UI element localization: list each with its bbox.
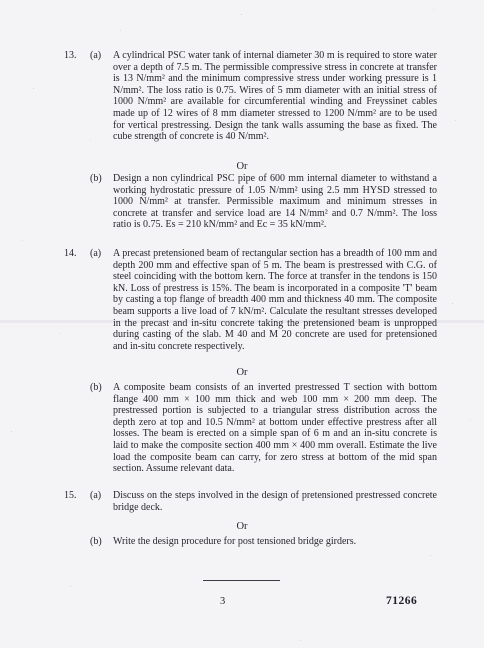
part-label-14b: (b) — [90, 382, 113, 475]
scan-noise-speckles — [0, 0, 1, 1]
question-13b-row: (b) Design a non cylindrical PSC pipe of… — [64, 173, 437, 231]
question-number-spacer — [64, 382, 90, 475]
question-number-spacer — [64, 173, 90, 231]
question-15a-row: 15. (a) Discuss on the steps involved in… — [64, 490, 437, 513]
page-number: 3 — [220, 596, 225, 607]
paper-code: 71266 — [386, 595, 417, 607]
part-text-15a: Discuss on the steps involved in the des… — [113, 490, 437, 513]
question-number-14: 14. — [64, 248, 90, 352]
part-label-14a: (a) — [90, 248, 113, 352]
part-label-13b: (b) — [90, 173, 113, 231]
part-text-13a: A cylindrical PSC water tank of internal… — [113, 50, 437, 143]
question-number-spacer — [64, 536, 90, 548]
or-divider-13: Or — [0, 161, 484, 173]
or-divider-15: Or — [0, 521, 484, 533]
part-label-15b: (b) — [90, 536, 113, 548]
part-label-13a: (a) — [90, 50, 113, 143]
part-text-14b: A composite beam consists of an inverted… — [113, 382, 437, 475]
question-number-13: 13. — [64, 50, 90, 143]
part-text-13b: Design a non cylindrical PSC pipe of 600… — [113, 173, 437, 231]
part-label-15a: (a) — [90, 490, 113, 513]
end-of-paper-rule — [203, 580, 280, 581]
question-14a-row: 14. (a) A precast pretensioned beam of r… — [64, 248, 437, 352]
question-15b-row: (b) Write the design procedure for post … — [64, 536, 437, 548]
question-number-15: 15. — [64, 490, 90, 513]
part-text-14a: A precast pretensioned beam of rectangul… — [113, 248, 437, 352]
question-14b-row: (b) A composite beam consists of an inve… — [64, 382, 437, 475]
question-13a-row: 13. (a) A cylindrical PSC water tank of … — [64, 50, 437, 143]
or-divider-14: Or — [0, 367, 484, 379]
exam-paper-page: 13. (a) A cylindrical PSC water tank of … — [0, 0, 484, 648]
part-text-15b: Write the design procedure for post tens… — [113, 536, 437, 548]
